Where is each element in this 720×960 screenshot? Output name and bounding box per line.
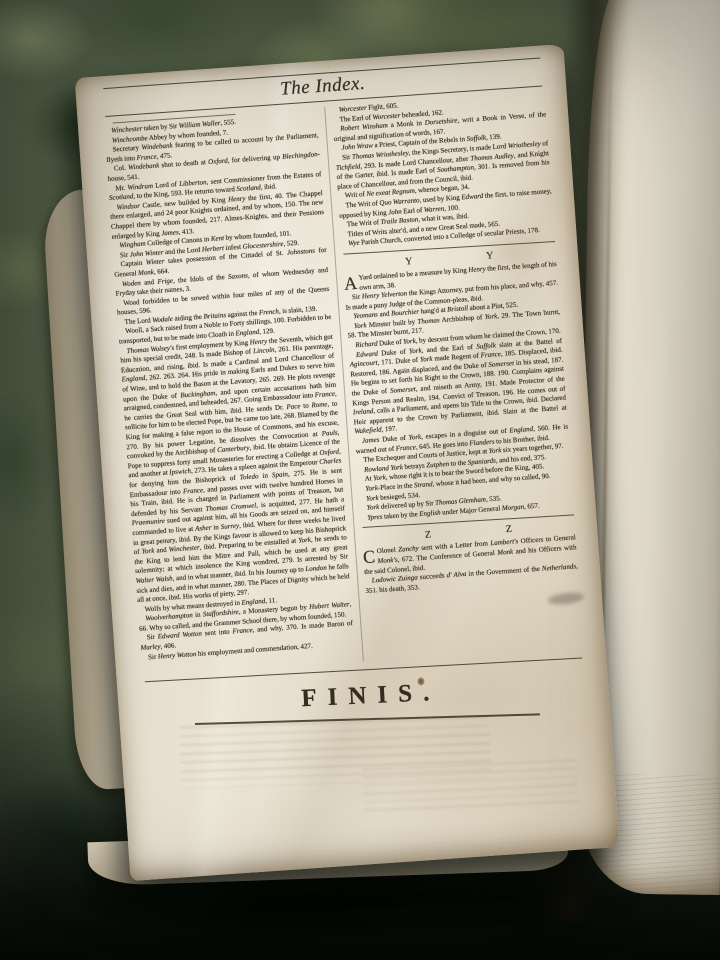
- index-column-right: Worcester Fight, 605.The Earl of Worcest…: [324, 91, 584, 661]
- drop-cap: A: [343, 274, 359, 292]
- ink-bleedthrough: [362, 760, 579, 813]
- index-entry: Thomas Wolsey's first employment by King…: [119, 332, 350, 605]
- index-columns: Winchester taken by Sir William Waller, …: [104, 91, 584, 676]
- photo-open-antique-book: The Index. Winchester taken by Sir Willi…: [0, 0, 720, 960]
- index-entry: Edward Duke of York, and the Earl of Suf…: [349, 336, 568, 437]
- index-column-left: Winchester taken by Sir William Waller, …: [104, 107, 363, 677]
- drop-cap: C: [363, 547, 378, 565]
- index-page: The Index. Winchester taken by Sir Willi…: [75, 44, 620, 881]
- index-page-content: The Index. Winchester taken by Sir Willi…: [75, 44, 610, 738]
